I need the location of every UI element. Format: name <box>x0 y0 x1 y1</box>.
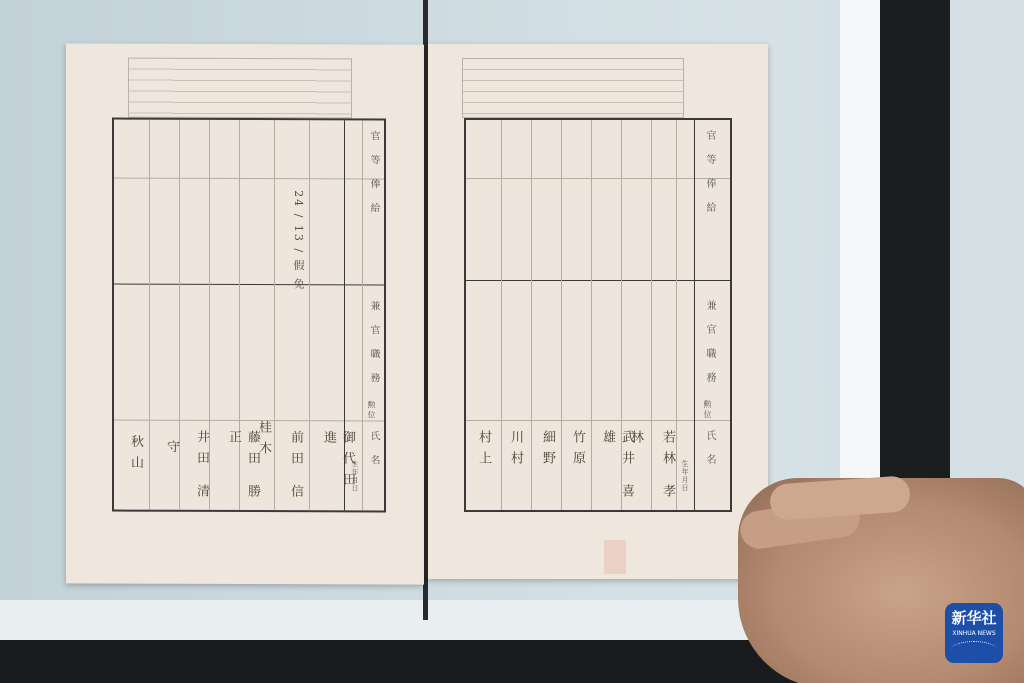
header-decoration: 勲位 <box>702 400 713 420</box>
entry-name: 守 <box>162 440 181 461</box>
header-concurrent-post: 兼官職務 <box>702 300 717 396</box>
logo-english-text: XINHUA NEWS <box>945 630 1003 637</box>
header-name: 氏名 <box>702 430 717 478</box>
header-rank-salary: 官等俸給 <box>366 130 381 226</box>
left-page: 官等俸給 兼官職務 勲位 氏名 生年月日 24 / 13 / 假 免 御代田 進… <box>66 43 424 584</box>
top-tally-grid <box>128 58 352 119</box>
under-sheet <box>0 600 770 640</box>
xinhua-logo: 新华社 XINHUA NEWS <box>945 603 1003 663</box>
entry-name: 村上 <box>474 430 493 472</box>
entry-name: 川村 <box>506 430 525 472</box>
entry-name: 御代田 進 <box>319 430 357 510</box>
entry-name: 前田 信 <box>286 430 305 505</box>
header-decoration: 勲位 <box>366 400 377 420</box>
entry-name: 細野 <box>538 430 557 472</box>
register-table: 官等俸給 兼官職務 勲位 氏名 生年月日 24 / 13 / 假 免 御代田 進… <box>112 118 386 513</box>
annotation: 24 / 13 / 假 免 <box>290 190 306 291</box>
entry-name: 井田 清 <box>192 430 211 505</box>
entry-name: 若林 孝 <box>658 430 677 505</box>
logo-chinese-text: 新华社 <box>945 607 1003 628</box>
stamp-mark <box>604 540 626 574</box>
register-table: 官等俸給 兼官職務 勲位 氏名 生年月日 若林 孝 林 武井 喜雄 竹原 細野 … <box>464 118 732 512</box>
entry-name: 藤田 勝正 <box>224 430 262 510</box>
entry-name: 竹原 <box>568 430 587 472</box>
header-rank-salary: 官等俸給 <box>702 130 717 226</box>
header-concurrent-post: 兼官職務 <box>366 300 381 396</box>
right-page: 官等俸給 兼官職務 勲位 氏名 生年月日 若林 孝 林 武井 喜雄 竹原 細野 … <box>428 44 768 579</box>
header-name: 氏名 <box>366 430 381 478</box>
header-birthdate: 生年月日 <box>680 460 690 492</box>
entry-name: 武井 喜雄 <box>598 430 636 510</box>
top-tally-grid <box>462 58 684 118</box>
entry-name: 秋山 <box>126 435 145 477</box>
network-globe-icon <box>951 641 997 658</box>
